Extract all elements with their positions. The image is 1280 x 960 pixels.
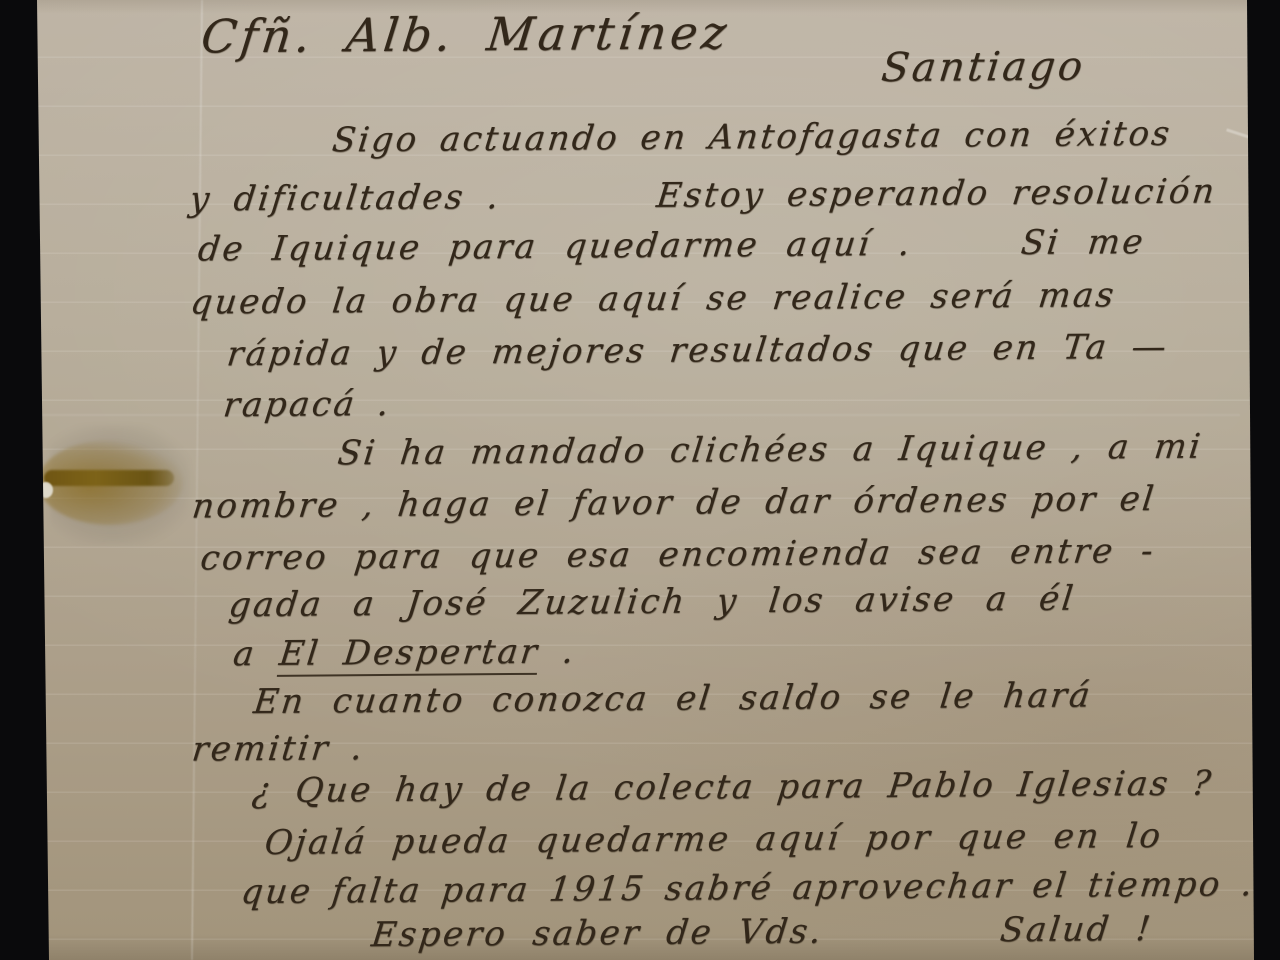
letter-line: ¿ Que hay de la colecta para Pablo Igles…: [250, 765, 1215, 810]
line-text: .: [537, 631, 578, 671]
line-text: a: [231, 634, 282, 674]
salutation-recipient: Cfñ. Alb. Martínez: [199, 7, 733, 62]
publication-name-underlined: El Despertar: [277, 632, 542, 677]
letter-line: Si ha mandado clichées a Iquique , a mi: [336, 429, 1205, 473]
letter-line: nombre , haga el favor de dar órdenes po…: [190, 481, 1158, 526]
letter-line: Sigo actuando en Antofagasta con éxitos: [330, 116, 1174, 160]
letter-line: rapacá .: [221, 386, 393, 425]
letter-line: correo para que esa encomienda sea entre…: [198, 533, 1157, 578]
letter-line: Ojalá pueda quedarme aquí por que en lo: [263, 818, 1165, 862]
letter-line: En cuanto conozca el saldo se le hará: [252, 677, 1095, 721]
letter-line: que falta para 1915 sabré aprovechar el …: [239, 866, 1280, 912]
scanned-letter-view: Cfñ. Alb. Martínez Santiago Sigo actuand…: [0, 0, 1280, 960]
letter-line: y dificultades . Estoy esperando resoluc…: [188, 173, 1219, 218]
letter-line: de Iquique para quedarme aquí . Si me: [196, 224, 1147, 269]
letter-line: gada a José Zuzulich y los avise a él: [227, 581, 1077, 625]
letter-line: a El Despertar .: [231, 633, 578, 673]
letter-page: Cfñ. Alb. Martínez Santiago Sigo actuand…: [0, 0, 1280, 960]
handwritten-text: Cfñ. Alb. Martínez Santiago Sigo actuand…: [0, 0, 1280, 960]
letter-line: remitir .: [190, 730, 367, 769]
letter-line: quedo la obra que aquí se realice será m…: [188, 277, 1117, 322]
letter-line: rápida y de mejores resultados que en Ta…: [225, 329, 1171, 374]
closing-line: Espero saber de Vds. Salud !: [369, 911, 1154, 955]
place-name: Santiago: [879, 44, 1087, 90]
